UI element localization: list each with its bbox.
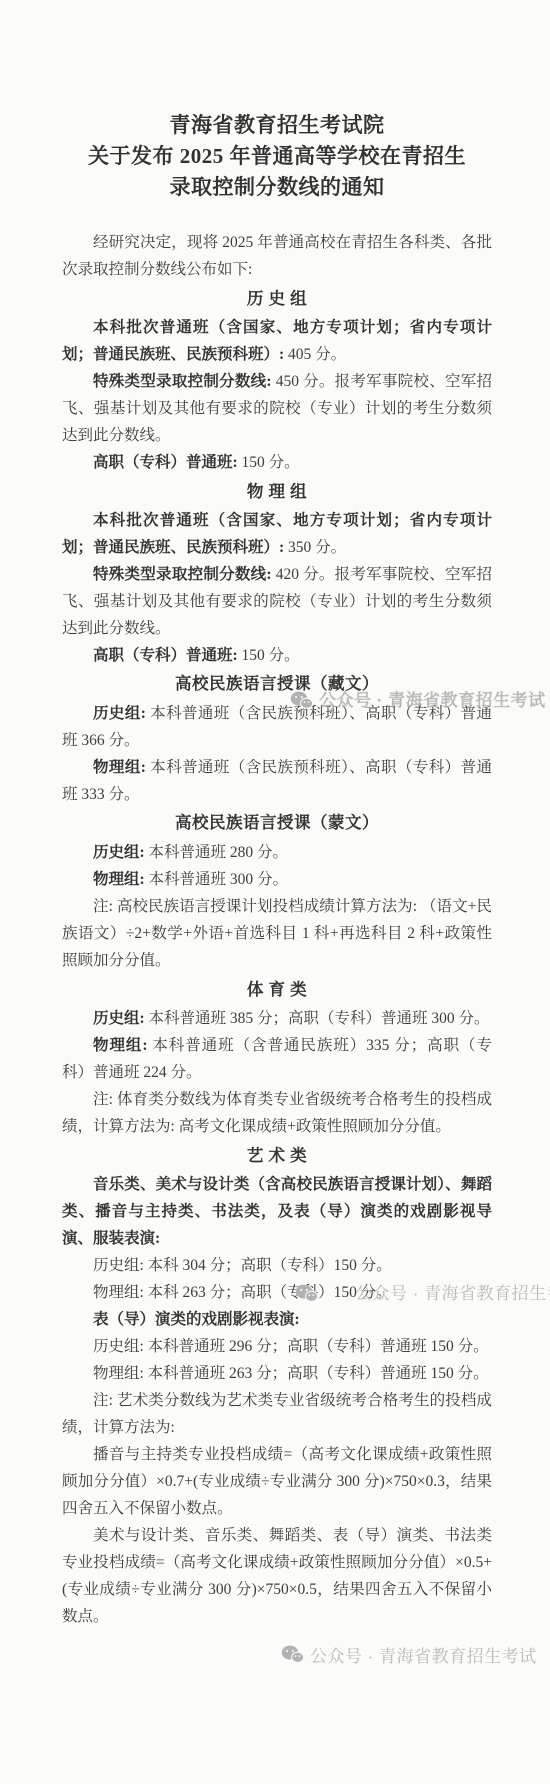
physics-benke-line: 本科批次普通班（含国家、地方专项计划；省内专项计划；普通民族班、民族预科班）: … [62, 507, 492, 561]
arts-physics-score: 物理组: 本科 263 分；高职（专科）150 分。 [93, 1284, 392, 1301]
arts-note: 注: 艺术类分数线为艺术类专业省级统考合格考生的投档成绩，计算方法为: [62, 1387, 492, 1441]
physics-benke-score: 350 分。 [284, 539, 346, 556]
title-line-1: 青海省教育招生考试院 [62, 110, 492, 141]
watermark-label: 公众号 · 青海省教育招生考试 [310, 1642, 537, 1667]
fine-arts-formula-text: 美术与设计类、音乐类、舞蹈类、表（导）演类、书法类专业投档成绩=（高考文化课成绩… [62, 1527, 492, 1625]
tibetan-history-label: 历史组: [93, 705, 146, 722]
physics-gaozhi-line: 高职（专科）普通班: 150 分。 [62, 642, 492, 669]
sports-physics-label: 物理组: [93, 1037, 148, 1054]
section-heading-mongolian-language: 高校民族语言授课（蒙文） [62, 810, 492, 837]
section-heading-history-group: 历 史 组 [62, 285, 492, 312]
arts-physics-line: 物理组: 本科 263 分；高职（专科）150 分。 公众号 · 青海省教育招生… [62, 1279, 492, 1306]
physics-benke-label: 本科批次普通班（含国家、地方专项计划；省内专项计划；普通民族班、民族预科班）: [62, 512, 492, 556]
physics-special-line: 特殊类型录取控制分数线: 420 分。报考军事院校、空军招飞、强基计划及其他有要… [62, 561, 492, 642]
arts-note-text: 注: 艺术类分数线为艺术类专业省级统考合格考生的投档成绩，计算方法为: [62, 1392, 492, 1436]
performance-history-score: 历史组: 本科普通班 296 分；高职（专科）普通班 150 分。 [93, 1338, 489, 1355]
section-heading-arts: 艺 术 类 [62, 1142, 492, 1169]
mongolian-physics-label: 物理组: [93, 871, 145, 888]
history-special-line: 特殊类型录取控制分数线: 450 分。报考军事院校、空军招飞、强基计划及其他有要… [62, 368, 492, 449]
section-heading-sports: 体 育 类 [62, 976, 492, 1003]
tibetan-physics-line: 物理组: 本科普通班（含民族预科班）、高职（专科）普通班 333 分。 [62, 754, 492, 808]
document-body: 经研究决定，现将 2025 年普通高校在青招生各科类、各批次录取控制分数线公布如… [62, 229, 492, 1700]
performance-physics-line: 物理组: 本科普通班 263 分；高职（专科）普通班 150 分。 [62, 1360, 492, 1387]
history-benke-score: 405 分。 [284, 346, 346, 363]
arts-categories-label: 音乐类、美术与设计类（含高校民族语言授课计划）、舞蹈类、播音与主持类、书法类，及… [62, 1176, 492, 1247]
tibetan-physics-label: 物理组: [93, 759, 146, 776]
tibetan-history-line: 历史组: 本科普通班（含民族预科班）、高职（专科）普通班 366 分。 [62, 700, 492, 754]
sports-note-text: 注: 体育类分数线为体育类专业省级统考合格考生的投档成绩，计算方法为: 高考文化… [62, 1091, 492, 1135]
sports-history-line: 历史组: 本科普通班 385 分；高职（专科）普通班 300 分。 [62, 1005, 492, 1032]
sports-history-label: 历史组: [93, 1010, 145, 1027]
sports-note: 注: 体育类分数线为体育类专业省级统考合格考生的投档成绩，计算方法为: 高考文化… [62, 1086, 492, 1140]
history-gaozhi-line: 高职（专科）普通班: 150 分。 [62, 449, 492, 476]
history-gaozhi-label: 高职（专科）普通班: [93, 454, 238, 471]
notice-document: 青海省教育招生考试院 关于发布 2025 年普通高等学校在青招生 录取控制分数线… [0, 0, 550, 1784]
physics-gaozhi-score: 150 分。 [238, 647, 300, 664]
tibetan-heading-text: 高校民族语言授课（藏文） [175, 675, 379, 693]
performance-history-line: 历史组: 本科普通班 296 分；高职（专科）普通班 150 分。 [62, 1333, 492, 1360]
wechat-icon [281, 1645, 304, 1664]
intro-paragraph: 经研究决定，现将 2025 年普通高校在青招生各科类、各批次录取控制分数线公布如… [62, 229, 492, 283]
fine-arts-formula: 美术与设计类、音乐类、舞蹈类、表（导）演类、书法类专业投档成绩=（高考文化课成绩… [62, 1522, 492, 1630]
section-heading-physics-group: 物 理 组 [62, 478, 492, 505]
history-benke-line: 本科批次普通班（含国家、地方专项计划；省内专项计划；普通民族班、民族预科班）: … [62, 314, 492, 368]
sports-physics-line: 物理组: 本科普通班（含普通民族班）335 分；高职（专科）普通班 224 分。 [62, 1032, 492, 1086]
mongolian-physics-line: 物理组: 本科普通班 300 分。 [62, 866, 492, 893]
history-gaozhi-score: 150 分。 [238, 454, 300, 471]
mongolian-history-score: 本科普通班 280 分。 [145, 844, 288, 861]
title-line-2: 关于发布 2025 年普通高等学校在青招生 [62, 141, 492, 172]
minority-language-note: 注: 高校民族语言授课计划投档成绩计算方法为: （语文+民族语文）÷2+数学+外… [62, 893, 492, 974]
physics-special-label: 特殊类型录取控制分数线: [93, 566, 272, 583]
broadcasting-formula: 播音与主持类专业投档成绩=（高考文化课成绩+政策性照顾加分分值）×0.7+(专业… [62, 1441, 492, 1522]
performance-physics-score: 物理组: 本科普通班 263 分；高职（专科）普通班 150 分。 [93, 1365, 489, 1382]
history-benke-label: 本科批次普通班（含国家、地方专项计划；省内专项计划；普通民族班、民族预科班）: [62, 319, 492, 363]
document-title: 青海省教育招生考试院 关于发布 2025 年普通高等学校在青招生 录取控制分数线… [62, 110, 492, 203]
intro-text: 经研究决定，现将 2025 年普通高校在青招生各科类、各批次录取控制分数线公布如… [62, 234, 492, 278]
minority-language-note-text: 注: 高校民族语言授课计划投档成绩计算方法为: （语文+民族语文）÷2+数学+外… [62, 898, 492, 969]
section-heading-tibetan-language: 高校民族语言授课（藏文） 公众号 · 青海省教育招生考试 [62, 671, 492, 698]
broadcasting-formula-text: 播音与主持类专业投档成绩=（高考文化课成绩+政策性照顾加分分值）×0.7+(专业… [62, 1446, 492, 1517]
mongolian-history-label: 历史组: [93, 844, 145, 861]
arts-categories-line: 音乐类、美术与设计类（含高校民族语言授课计划）、舞蹈类、播音与主持类、书法类，及… [62, 1171, 492, 1252]
arts-history-line: 历史组: 本科 304 分；高职（专科）150 分。 [62, 1252, 492, 1279]
mongolian-history-line: 历史组: 本科普通班 280 分。 [62, 839, 492, 866]
mongolian-physics-score: 本科普通班 300 分。 [145, 871, 288, 888]
performance-directing-line: 表（导）演类的戏剧影视表演: [62, 1306, 492, 1333]
watermark-wechat-official-account: 公众号 · 青海省教育招生考试 [281, 1642, 537, 1667]
arts-history-score: 历史组: 本科 304 分；高职（专科）150 分。 [93, 1257, 392, 1274]
history-special-label: 特殊类型录取控制分数线: [93, 373, 272, 390]
bottom-spacer: 公众号 · 青海省教育招生考试 [62, 1630, 492, 1700]
sports-history-score: 本科普通班 385 分；高职（专科）普通班 300 分。 [145, 1010, 490, 1027]
performance-directing-label: 表（导）演类的戏剧影视表演: [93, 1311, 300, 1328]
physics-gaozhi-label: 高职（专科）普通班: [93, 647, 238, 664]
title-line-3: 录取控制分数线的通知 [62, 172, 492, 203]
